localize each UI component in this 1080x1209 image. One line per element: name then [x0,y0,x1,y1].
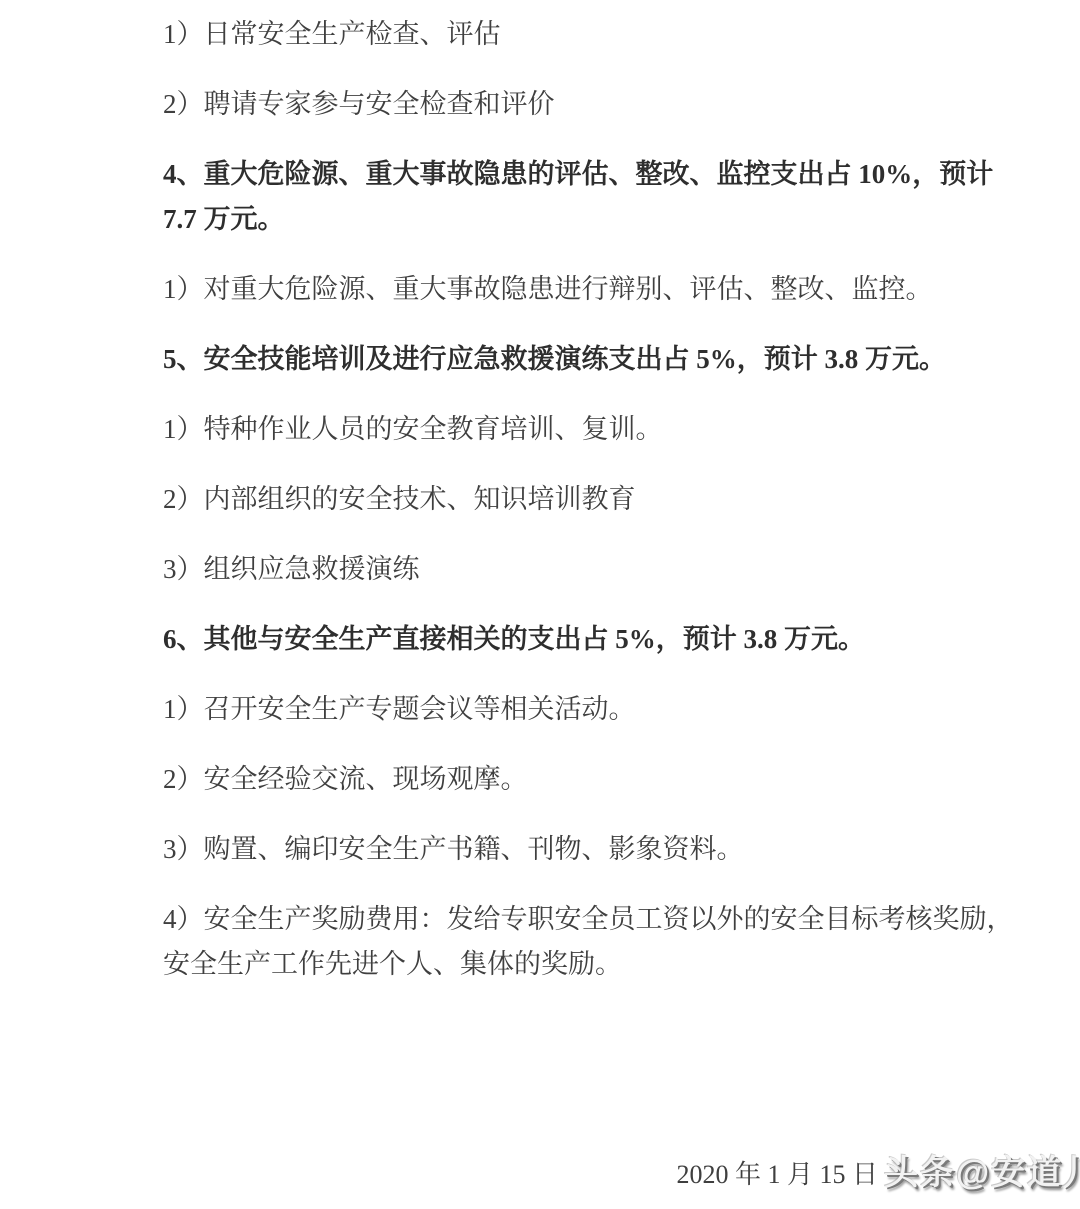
paragraph-line: 5、安全技能培训及进行应急救援演练支出占 5%，预计 3.8 万元。 [163,337,925,382]
toutiao-watermark: 头条@安道儿 [884,1145,1080,1194]
list-item-emergency-drill: 3）组织应急救援演练 [163,547,925,592]
paragraph-line: 3）组织应急救援演练 [163,547,925,592]
list-item-safety-meeting: 1）召开安全生产专题会议等相关活动。 [163,687,925,732]
list-item-expert-check: 2）聘请专家参与安全检查和评价 [163,82,925,127]
heading-item-6: 6、其他与安全生产直接相关的支出占 5%，预计 3.8 万元。 [163,617,925,662]
list-item-hazard-control: 1）对重大危险源、重大事故隐患进行辩别、评估、整改、监控。 [163,267,925,312]
paragraph-line: 2）安全经验交流、现场观摩。 [163,757,925,802]
list-item-reward-expense: 4）安全生产奖励费用：发给专职安全员工资以外的安全目标考核奖励， 安全生产工作先… [163,897,925,987]
document-page: 1）日常安全生产检查、评估 2）聘请专家参与安全检查和评价 4、重大危险源、重大… [0,0,1080,1209]
list-item-internal-training: 2）内部组织的安全技术、知识培训教育 [163,477,925,522]
list-item-experience-exchange: 2）安全经验交流、现场观摩。 [163,757,925,802]
list-item-daily-check: 1）日常安全生产检查、评估 [163,12,925,57]
paragraph-line: 4）安全生产奖励费用：发给专职安全员工资以外的安全目标考核奖励， [163,897,925,942]
paragraph-line: 1）对重大危险源、重大事故隐患进行辩别、评估、整改、监控。 [163,267,925,312]
paragraph-line: 2）内部组织的安全技术、知识培训教育 [163,477,925,522]
list-item-books-materials: 3）购置、编印安全生产书籍、刊物、影象资料。 [163,827,925,872]
heading-item-4: 4、重大危险源、重大事故隐患的评估、整改、监控支出占 10%，预计 7.7 万元… [163,152,925,242]
paragraph-line: 4、重大危险源、重大事故隐患的评估、整改、监控支出占 10%，预计 [163,152,925,197]
document-date: 2020 年 1 月 15 日 [163,1152,878,1197]
list-item-special-training: 1）特种作业人员的安全教育培训、复训。 [163,407,925,452]
paragraph-line: 1）日常安全生产检查、评估 [163,12,925,57]
document-body: 1）日常安全生产检查、评估 2）聘请专家参与安全检查和评价 4、重大危险源、重大… [163,12,925,1012]
paragraph-line: 1）召开安全生产专题会议等相关活动。 [163,687,925,732]
paragraph-line: 安全生产工作先进个人、集体的奖励。 [163,942,925,987]
paragraph-line: 1）特种作业人员的安全教育培训、复训。 [163,407,925,452]
paragraph-line: 7.7 万元。 [163,197,925,242]
heading-item-5: 5、安全技能培训及进行应急救援演练支出占 5%，预计 3.8 万元。 [163,337,925,382]
paragraph-line: 3）购置、编印安全生产书籍、刊物、影象资料。 [163,827,925,872]
paragraph-line: 2）聘请专家参与安全检查和评价 [163,82,925,127]
paragraph-line: 6、其他与安全生产直接相关的支出占 5%，预计 3.8 万元。 [163,617,925,662]
